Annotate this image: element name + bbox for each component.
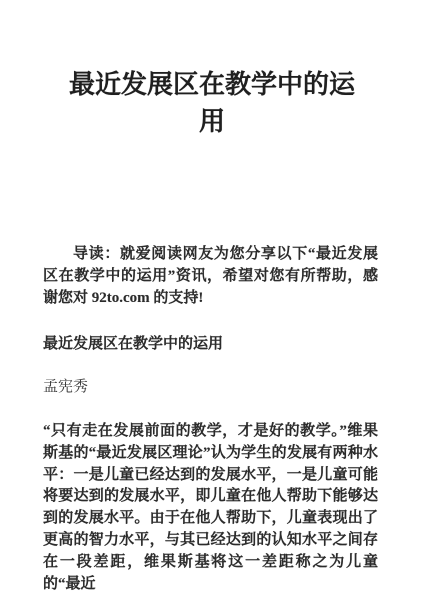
page-number: 1 xyxy=(0,553,424,563)
page-title: 最近发展区在教学中的运用 xyxy=(0,66,424,140)
page-title-text: 最近发展区在教学中的运用 xyxy=(66,66,358,140)
document-page: 最近发展区在教学中的运用 导读：就爱阅读网友为您分享以下“最近发展区在教学中的运… xyxy=(0,0,424,600)
intro-paragraph: 导读：就爱阅读网友为您分享以下“最近发展区在教学中的运用”资讯，希望对您有所帮助… xyxy=(43,244,378,309)
author-name: 孟宪秀 xyxy=(43,377,378,399)
body-paragraph: “只有走在发展前面的教学，才是好的教学。”维果斯基的“最近发展区理论”认为学生的… xyxy=(43,421,378,595)
section-heading: 最近发展区在教学中的运用 xyxy=(43,334,378,356)
